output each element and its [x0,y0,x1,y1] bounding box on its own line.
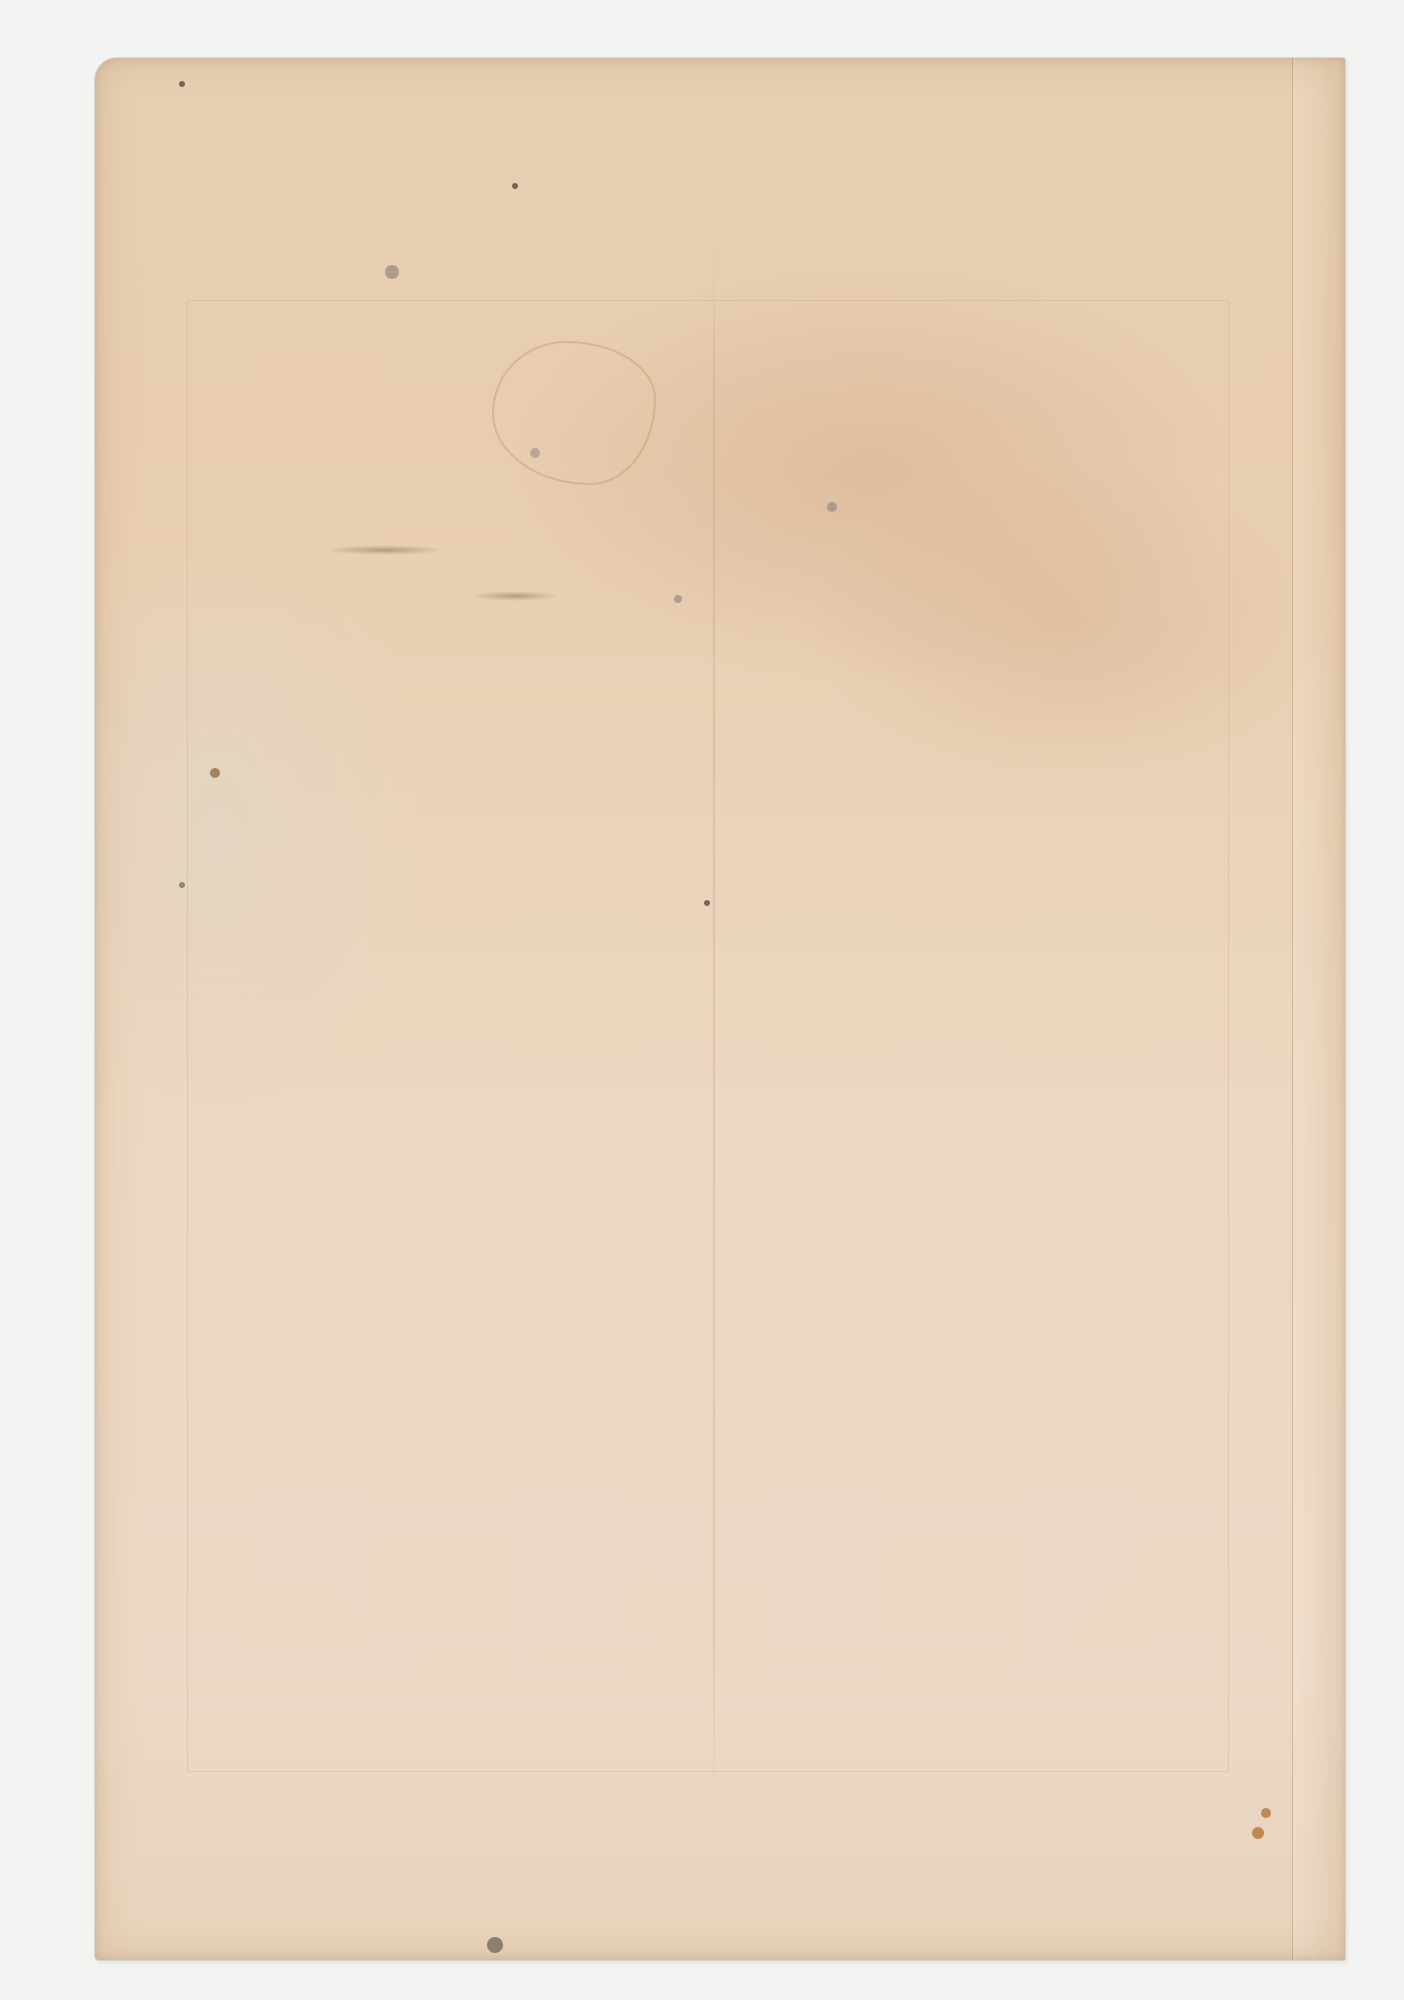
smudge-mark [325,545,445,555]
foxing-spot [179,81,185,87]
right-folded-strip [1292,58,1333,1960]
foxing-spot [704,900,710,906]
smudge-mark [470,591,560,601]
foxing-spot [1252,1827,1264,1839]
foxing-spot [530,448,540,458]
foxing-spot [512,183,518,189]
foxing-spot [210,768,220,778]
foxing-spot [487,1937,503,1953]
center-fold-line [713,248,715,1808]
plate-mark [187,300,1229,1772]
foxing-spot [1261,1808,1271,1818]
foxing-spot [179,882,185,888]
aged-paper-sheet [95,58,1345,1960]
foxing-spot [674,595,682,603]
foxing-spot [385,265,399,279]
foxing-spot [827,502,837,512]
